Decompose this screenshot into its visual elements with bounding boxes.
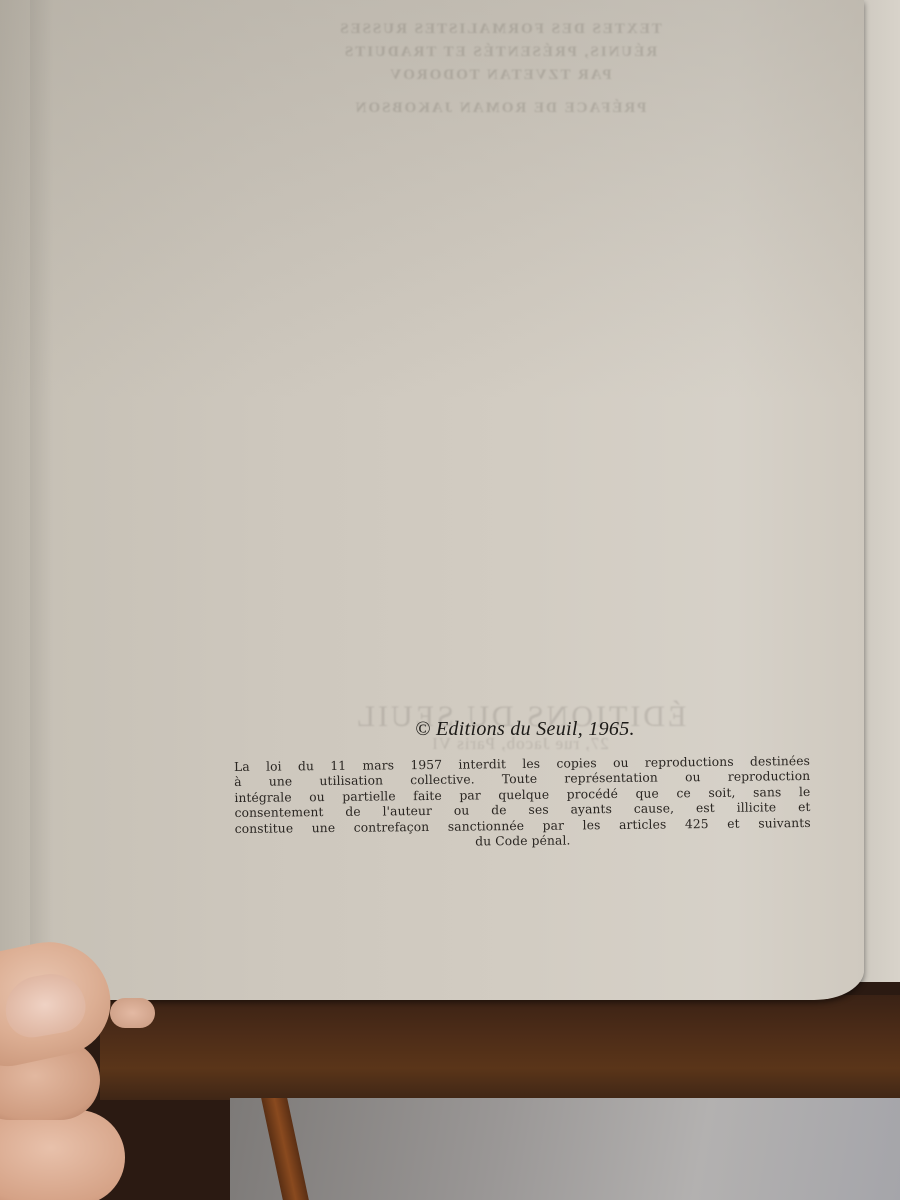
showthrough-line: RÉUNIS, PRÉSENTÉS ET TRADUITS [300, 41, 700, 64]
photo-scene: TEXTES DES FORMALISTES RUSSES RÉUNIS, PR… [0, 0, 900, 1200]
hand-fingertip [110, 998, 155, 1028]
floor-surface [230, 1098, 900, 1200]
copyright-line: © Editions du Seuil, 1965. [230, 718, 820, 741]
book-page: TEXTES DES FORMALISTES RUSSES RÉUNIS, PR… [0, 0, 864, 1000]
hand-finger [0, 1110, 125, 1200]
wooden-table-edge [100, 995, 900, 1100]
legal-notice: La loi du 11 mars 1957 interdit les copi… [234, 754, 811, 852]
gutter-fold [30, 0, 70, 1000]
showthrough-title-text: TEXTES DES FORMALISTES RUSSES RÉUNIS, PR… [300, 18, 700, 120]
showthrough-line: PRÉFACE DE ROMAN JAKOBSON [300, 97, 700, 120]
showthrough-line: PAR TZVETAN TODOROV [300, 64, 700, 87]
showthrough-line: TEXTES DES FORMALISTES RUSSES [300, 18, 700, 41]
